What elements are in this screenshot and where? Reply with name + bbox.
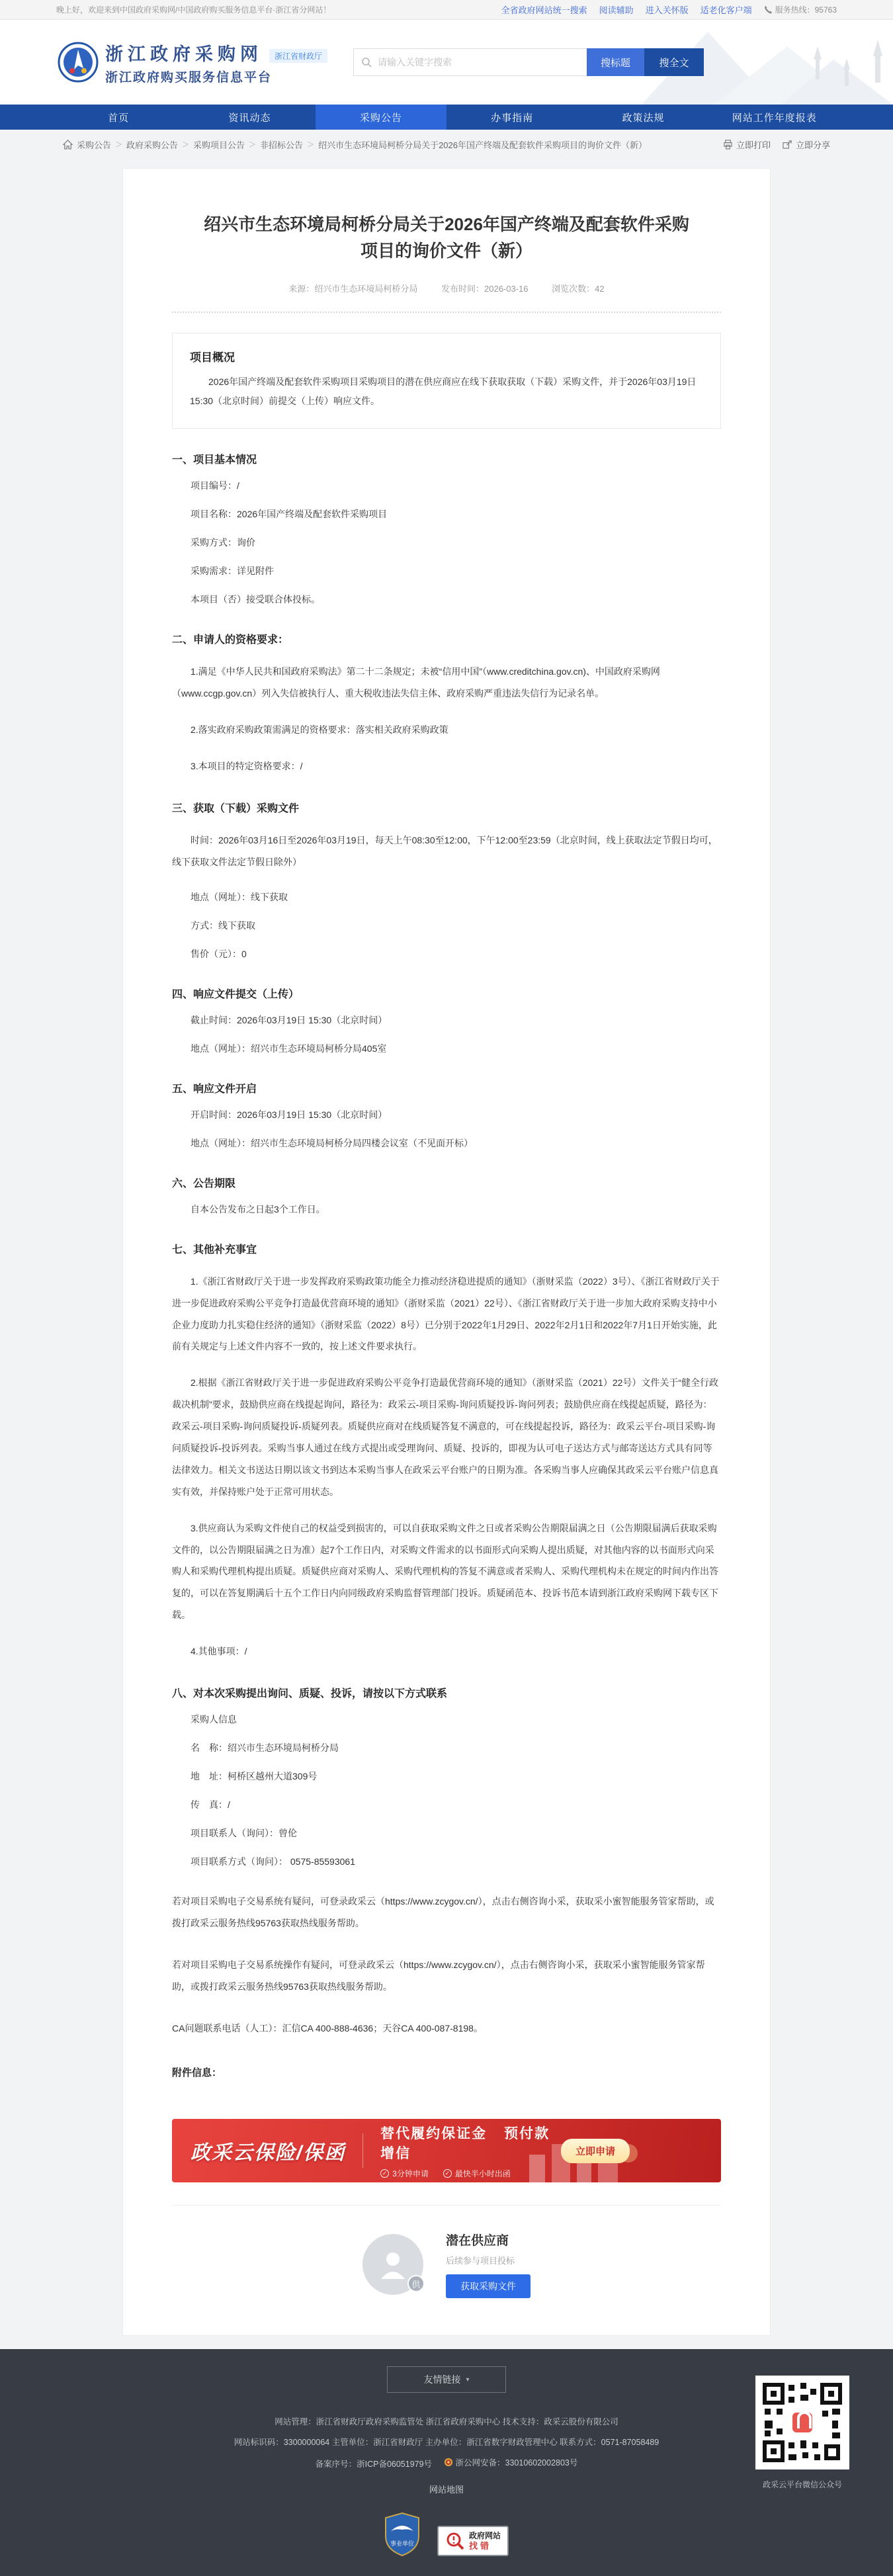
section-heading-6: 七、其他补充事宜 [172,1241,721,1256]
section-text: 自本公告发布之日起3个工作日。 [172,1200,721,1219]
section-text: 地点（网址）：绍兴市生态环境局柯桥分局405室 [172,1039,721,1058]
banner-title: 政采云保险/保函 [191,2136,345,2165]
section-heading-2: 三、获取（下载）采购文件 [172,800,721,815]
site-logo [58,42,99,83]
section-text: 项目联系人（询问）：曾伦 [172,1824,721,1842]
section-text: 方式：线下获取 [172,916,721,935]
extra-paragraph-1: 若对项目采购电子交易系统操作有疑问，可登录政采云（https://www.zcy… [172,1954,721,1998]
breadcrumb-item-3[interactable]: 非招标公告 [260,138,303,151]
site-header: 浙江政府采购网 浙江省财政厅 浙江政府购买服务信息平台 搜标题 搜全文 [0,20,893,105]
nav-item-0[interactable]: 首页 [53,105,184,130]
breadcrumb-item-2[interactable]: 采购项目公告 [193,138,245,151]
search-bar: 搜标题 搜全文 [353,48,704,76]
section-text: 项目编号：/ [172,476,721,495]
service-hotline: 服务热线：95763 [764,4,837,15]
overview-title: 项目概况 [190,348,703,365]
section-text: 4.其他事项：/ [172,1641,721,1662]
section-heading-3: 四、响应文件提交（上传） [172,986,721,1001]
attachments-label: 附件信息： [172,2065,721,2079]
supplier-avatar: 供 [362,2234,423,2295]
article-views: 浏览次数：42 [552,284,604,294]
welcome-greeting: 晚上好，欢迎来到中国政府采购网/中国政府购买服务信息平台·浙江省分网站！ [56,4,331,15]
public-institution-shield-badge[interactable]: 事业单位 [384,2512,420,2556]
extra-paragraph-0: 若对项目采购电子交易系统有疑问，可登录政采云（https://www.zcygo… [172,1891,721,1934]
public-security-emblem-icon [444,2458,453,2467]
banner-feature-0: ✓3分钟申请 [380,2168,429,2179]
section-text: 开启时间：2026年03月19日 15:30（北京时间） [172,1105,721,1124]
section-text: 名 称：绍兴市生态环境局柯桥分局 [172,1739,721,1757]
finance-dept-badge: 浙江省财政厅 [269,49,327,63]
article-publish-time: 发布时间：2026-03-16 [441,284,529,294]
article-meta: 来源：绍兴市生态环境局柯桥分局 发布时间：2026-03-16 浏览次数：42 [172,282,721,294]
section-text: 售价（元）：0 [172,945,721,963]
section-text: 项目联系方式（询问）： 0575-85593061 [172,1852,721,1871]
section-text: 项目名称：2026年国产终端及配套软件采购项目 [172,505,721,523]
breadcrumb-separator: ＞ [115,139,122,150]
person-icon [376,2247,410,2282]
nav-item-2[interactable]: 采购公告 [316,105,446,130]
divider [172,312,721,313]
project-overview-box: 项目概况 2026年国产终端及配套软件采购项目采购项目的潜在供应商应在线下获取获… [172,333,721,429]
section-text: 采购人信息 [172,1710,721,1729]
section-heading-0: 一、项目基本情况 [172,451,721,466]
section-text: 3.供应商认为采购文件使自己的权益受到损害的，可以自获取采购文件之日或者采购公告… [172,1518,721,1626]
section-heading-4: 五、响应文件开启 [172,1080,721,1095]
share-icon [783,140,792,150]
potential-supplier-block: 供 潜在供应商 后续参与项目投标 获取采购文件 [172,2205,721,2298]
share-action[interactable]: 立即分享 [783,138,830,151]
page-title: 绍兴市生态环境局柯桥分局关于2026年国产终端及配套软件采购项目的询价文件（新） [198,211,695,265]
banner-features: ✓3分钟申请✓最快半小时出函 [380,2168,561,2179]
nav-item-1[interactable]: 资讯动态 [184,105,315,130]
nav-item-4[interactable]: 政策法规 [577,105,708,130]
topbar-link-1[interactable]: 阅读辅助 [599,3,634,16]
breadcrumb-item-1[interactable]: 政府采购公告 [126,138,178,151]
section-text: 1.《浙江省财政厅关于进一步发挥政府采购政策功能全力推动经济稳进提质的通知》（浙… [172,1271,721,1358]
section-heading-1: 二、申请人的资格要求： [172,631,721,646]
printer-icon [723,140,733,150]
section-text: 地点（网址）：绍兴市生态环境局柯桥分局四楼会议室（不见面开标） [172,1134,721,1152]
friend-links-select[interactable]: 友情链接 ▾ [387,2366,506,2393]
breadcrumb-item-0[interactable]: 采购公告 [77,138,111,151]
overview-text: 2026年国产终端及配套软件采购项目采购项目的潜在供应商应在线下获取获取（下载）… [190,372,703,411]
breadcrumb-item-4: 绍兴市生态环境局柯桥分局关于2026年国产终端及配套软件采购项目的询价文件（新） [318,138,647,151]
supplier-badge: 供 [407,2275,425,2292]
search-fulltext-button[interactable]: 搜全文 [644,48,704,76]
chevron-down-icon: ▾ [466,2376,469,2383]
topbar-link-0[interactable]: 全省政府网站统一搜索 [501,3,587,16]
supplier-subtitle: 后续参与项目投标 [446,2254,531,2266]
apply-now-button[interactable]: 立即申请 [561,2139,630,2163]
home-icon[interactable] [63,140,73,150]
section-text: 采购方式：询价 [172,533,721,552]
extra-paragraph-2: CA问题联系电话（人工）：汇信CA 400-888-4636；天谷CA 400-… [172,2018,721,2039]
banner-feature-1: ✓最快半小时出函 [443,2168,511,2179]
check-icon: ✓ [380,2169,389,2178]
section-text: 3.本项目的特定资格要求：/ [172,755,721,777]
breadcrumb: 采购公告＞政府采购公告＞采购项目公告＞非招标公告＞绍兴市生态环境局柯桥分局关于2… [63,138,647,151]
section-text: 地 址：柯桥区越州大道309号 [172,1767,721,1785]
search-input[interactable] [353,48,587,76]
get-procurement-file-button[interactable]: 获取采购文件 [446,2274,531,2298]
site-footer: 友情链接 ▾ 网站管理：浙江省财政厅政府采购监管处 浙江省政府采购中心 技术支持… [0,2349,893,2576]
magnifier-error-icon [445,2531,465,2551]
nav-item-5[interactable]: 网站工作年度报表 [709,105,840,130]
topbar-link-3[interactable]: 适老化客户端 [701,3,752,16]
section-text: 2.落实政府采购政策需满足的资格要求：落实相关政府采购政策 [172,719,721,741]
section-text: 时间：2026年03月16日至2026年03月19日，每天上午08:30至12:… [172,830,721,873]
breadcrumb-bar: 采购公告＞政府采购公告＞采购项目公告＞非招标公告＞绍兴市生态环境局柯桥分局关于2… [63,130,830,159]
search-title-button[interactable]: 搜标题 [587,48,644,76]
breadcrumb-separator: ＞ [182,139,189,150]
icp-number[interactable]: 备案序号：浙ICP备06051979号 [316,2460,432,2469]
qr-caption: 政采云平台微信公众号 [755,2479,849,2490]
nav-item-3[interactable]: 办事指南 [446,105,577,130]
document-body: 一、项目基本情况项目编号：/项目名称：2026年国产终端及配套软件采购项目采购方… [172,451,721,2039]
gov-site-error-report-badge[interactable]: 政府网站 找错 [437,2526,509,2556]
phone-icon [764,5,773,14]
check-icon: ✓ [443,2169,452,2178]
section-text: 采购需求：详见附件 [172,562,721,580]
insurance-promo-banner[interactable]: 政采云保险/保函 替代履约保证金预付款增信 ✓3分钟申请✓最快半小时出函 立即申… [172,2119,721,2182]
section-text: 地点（网址）：线下获取 [172,888,721,906]
main-nav: 首页资讯动态采购公告办事指南政策法规网站工作年度报表 [0,105,893,130]
top-utility-bar: 晚上好，欢迎来到中国政府采购网/中国政府购买服务信息平台·浙江省分网站！ 全省政… [0,0,893,20]
topbar-link-2[interactable]: 进入关怀版 [646,3,689,16]
section-text: 本项目（否）接受联合体投标。 [172,590,721,609]
breadcrumb-separator: ＞ [249,139,256,150]
svg-text:事业单位: 事业单位 [390,2540,414,2547]
print-action[interactable]: 立即打印 [723,138,771,151]
section-text: 截止时间：2026年03月19日 15:30（北京时间） [172,1011,721,1029]
announcement-card: 绍兴市生态环境局柯桥分局关于2026年国产终端及配套软件采购项目的询价文件（新）… [122,168,771,2336]
wechat-qr-code [755,2376,849,2469]
site-title: 浙江政府采购网 [105,40,263,65]
site-subtitle: 浙江政府购买服务信息平台 [105,67,327,85]
section-heading-7: 八、对本次采购提出询问、质疑、投诉，请按以下方式联系 [172,1685,721,1700]
footer-badges: 事业单位 政府网站 找错 [0,2512,893,2556]
section-text: 1.满足《中华人民共和国政府采购法》第二十二条规定；未被“信用中国”（www.c… [172,661,721,705]
supplier-title: 潜在供应商 [446,2231,531,2249]
banner-divider [362,2133,363,2168]
section-text: 传 真：/ [172,1795,721,1814]
topbar-links: 全省政府网站统一搜索阅读辅助进入关怀版适老化客户端 [501,3,752,16]
public-security-number[interactable]: 浙公网安备：33010602002803号 [456,2456,578,2468]
section-heading-5: 六、公告期限 [172,1175,721,1190]
section-text: 2.根据《浙江省财政厅关于进一步促进政府采购公平竞争打造最优营商环境的通知》（浙… [172,1372,721,1502]
search-icon [361,57,372,67]
breadcrumb-separator: ＞ [307,139,314,150]
article-source: 来源：绍兴市生态环境局柯桥分局 [288,284,417,294]
